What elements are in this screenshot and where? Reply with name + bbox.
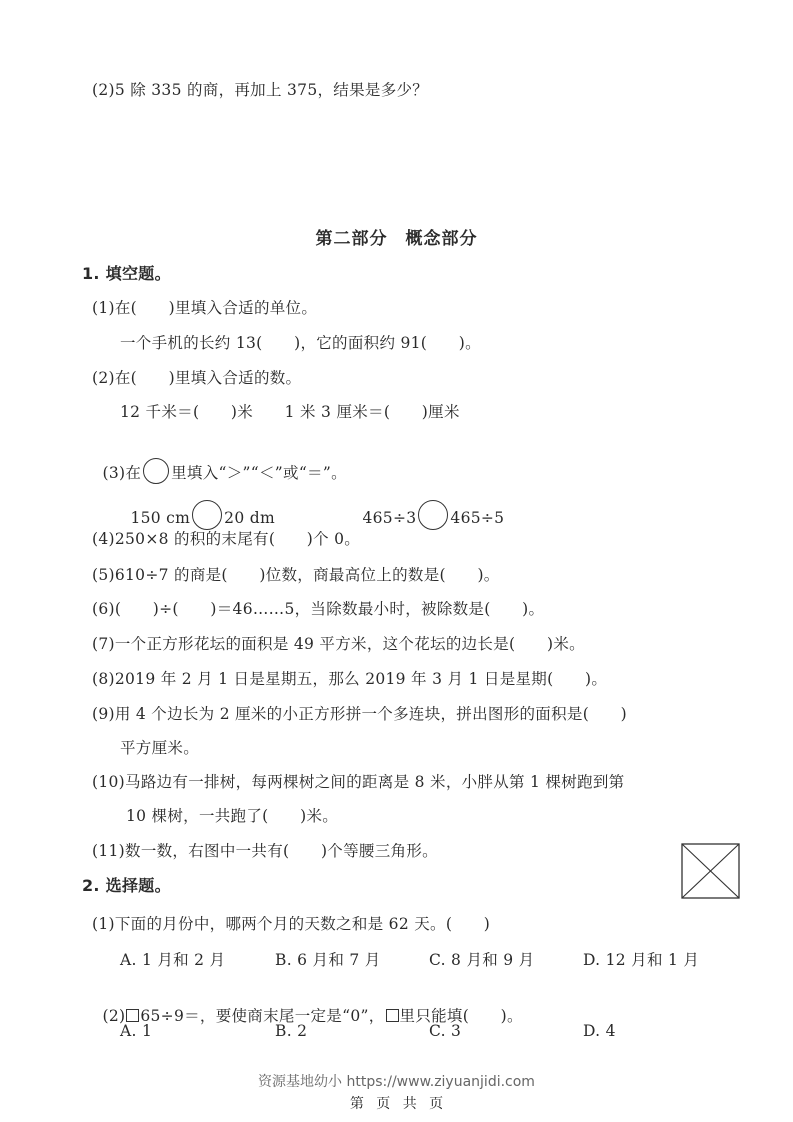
part1-question-2: (2)5 除 335 的商，再加上 375，结果是多少？	[92, 80, 428, 100]
fill-q3-prefix: (3)在	[102, 464, 141, 482]
choice-q2-option-d[interactable]: D. 4	[583, 1021, 616, 1041]
choice-q2-middle: 65÷9＝，要使商末尾一定是“0”，	[140, 1007, 384, 1025]
compare-right-b: 465÷5	[450, 509, 504, 527]
fill-q10-line2: 10 棵树，一共跑了( )米。	[126, 806, 338, 826]
blank-square-icon	[386, 1009, 399, 1022]
page-number: 第 页 共 页	[0, 1093, 793, 1113]
compare-right-a: 465÷3	[362, 509, 416, 527]
choice-q2-option-a[interactable]: A. 1	[120, 1021, 152, 1041]
choice-q2: (2)65÷9＝，要使商末尾一定是“0”，里只能填( )。	[92, 986, 523, 1026]
fill-q3-suffix: 里填入“＞”“＜”或“＝”。	[171, 464, 347, 482]
fill-q2-prompt: (2)在( )里填入合适的数。	[92, 368, 301, 388]
fill-q5: (5)610÷7 的商是( )位数，商最高位上的数是( )。	[92, 565, 500, 585]
choice-q1-option-d[interactable]: D. 12 月和 1 月	[583, 950, 699, 970]
comparison-circle-icon	[143, 458, 169, 484]
choice-heading: 2. 选择题。	[82, 876, 171, 896]
compare-circle-input[interactable]	[418, 500, 448, 530]
source-watermark: 资源基地幼小 https://www.ziyuanjidi.com	[0, 1071, 793, 1091]
square-diagonals-figure	[681, 843, 740, 899]
fill-q4: (4)250×8 的积的末尾有( )个 0。	[92, 529, 360, 549]
fill-blank-heading: 1. 填空题。	[82, 264, 171, 284]
fill-q10-line1: (10)马路边有一排树，每两棵树之间的距离是 8 米，小胖从第 1 棵树跑到第	[92, 772, 624, 792]
choice-q2-option-c[interactable]: C. 3	[429, 1021, 461, 1041]
fill-q9-line1: (9)用 4 个边长为 2 厘米的小正方形拼一个多连块，拼出图形的面积是( )	[92, 704, 627, 724]
compare-circle-input[interactable]	[192, 500, 222, 530]
choice-q2-option-b[interactable]: B. 2	[275, 1021, 307, 1041]
choice-q1: (1)下面的月份中，哪两个月的天数之和是 62 天。( )	[92, 914, 490, 934]
section-title: 第二部分 概念部分	[0, 224, 793, 249]
fill-q7: (7)一个正方形花坛的面积是 49 平方米，这个花坛的边长是( )米。	[92, 634, 585, 654]
fill-q3-prompt: (3)在里填入“＞”“＜”或“＝”。	[92, 443, 347, 484]
fill-q1-body: 一个手机的长约 13( )，它的面积约 91( )。	[120, 333, 481, 353]
compare-left-a: 150 cm	[130, 509, 190, 527]
fill-q6: (6)( )÷( )＝46……5，当除数最小时，被除数是( )。	[92, 599, 544, 619]
fill-q8: (8)2019 年 2 月 1 日是星期五，那么 2019 年 3 月 1 日是…	[92, 669, 607, 689]
fill-q1-prompt: (1)在( )里填入合适的单位。	[92, 298, 317, 318]
choice-q1-option-a[interactable]: A. 1 月和 2 月	[120, 950, 225, 970]
fill-q11: (11)数一数，右图中一共有( )个等腰三角形。	[92, 841, 438, 861]
fill-q3-compare-right: 465÷3465÷5	[352, 488, 504, 530]
fill-q3-compare-left: 150 cm20 dm	[120, 488, 275, 530]
compare-left-b: 20 dm	[224, 509, 275, 527]
choice-q1-option-b[interactable]: B. 6 月和 7 月	[275, 950, 381, 970]
fill-q9-line2: 平方厘米。	[120, 738, 199, 758]
choice-q1-option-c[interactable]: C. 8 月和 9 月	[429, 950, 534, 970]
fill-q2-body: 12 千米＝( )米 1 米 3 厘米＝( )厘米	[120, 402, 460, 422]
